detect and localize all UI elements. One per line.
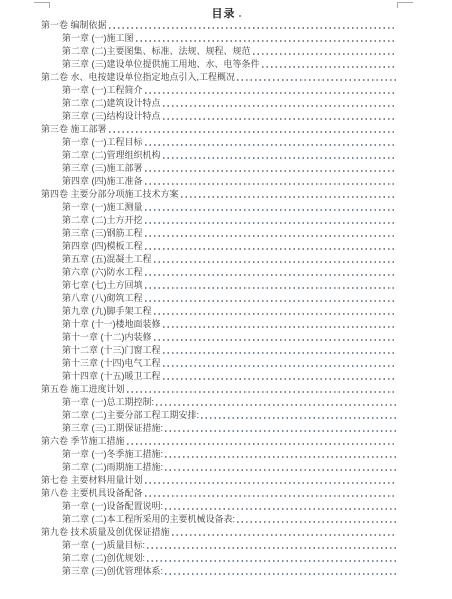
toc-entry-label: 第一章 (一)质量目标:: [62, 539, 145, 551]
toc-entry[interactable]: 第三章 (三)工期保证措施:: [41, 421, 397, 434]
toc-entry-label: 第二卷 水、电按建设单位指定地点引入,工程概况: [41, 71, 235, 83]
toc-entry[interactable]: 第十三章 (十四)电气工程: [41, 356, 397, 369]
toc-entry[interactable]: 第八卷 主要机具设备配备: [41, 486, 397, 499]
toc-entry-label: 第二章 (二)建筑设计特点: [62, 97, 161, 109]
dot-leader: [154, 261, 398, 263]
toc-entry[interactable]: 第一章 (一)冬季施工措施:: [41, 447, 397, 460]
dot-leader: [145, 274, 398, 276]
toc-entry-label: 第二章 (二)雨期施工措施:: [62, 461, 163, 473]
dot-leader: [145, 144, 398, 146]
toc-entry-label: 第一章 (一)设备配置说明:: [62, 500, 163, 512]
toc-entry-label: 第三章 (三)创优管理体系:: [62, 565, 163, 577]
toc-entry-label: 第二章 (二)创优规划:: [62, 552, 145, 564]
dot-leader: [237, 521, 397, 523]
dot-leader: [145, 248, 398, 250]
toc-entry-label: 第一卷 编制依据: [41, 19, 107, 31]
toc-entry-label: 第九章 (九)脚手架工程: [62, 305, 152, 317]
dot-leader: [109, 27, 397, 29]
dot-leader: [147, 547, 397, 549]
toc-entry[interactable]: 第三章 (三)施工部署: [41, 161, 397, 174]
dot-leader: [237, 79, 397, 81]
toc-entry[interactable]: 第十四章 (十五)暖卫工程: [41, 369, 397, 382]
toc-entry[interactable]: 第一章 (一)施工图: [41, 31, 397, 44]
toc-entry[interactable]: 第二章 (二)本工程所采用的主要机械设备表:: [41, 512, 397, 525]
toc-entry[interactable]: 第四卷 主要分部分项施工技术方案: [41, 187, 397, 200]
toc-entry-label: 第二章 (二)主要图集、标准、法规、规程、规范: [62, 45, 251, 57]
toc-entry-label: 第三卷 施工部署: [41, 123, 107, 135]
dot-leader: [127, 443, 397, 445]
toc-entry[interactable]: 第二章 (二)创优规划:: [41, 551, 397, 564]
toc-entry-label: 第五卷 施工进度计划: [41, 383, 125, 395]
toc-entry[interactable]: 第三章 (三)钢筋工程: [41, 226, 397, 239]
toc-entry-label: 第一章 (一)总工期控制:: [62, 396, 154, 408]
toc-entry[interactable]: 第一章 (一)质量目标:: [41, 538, 397, 551]
toc-entry[interactable]: 第九卷 技术质量及创优保证措施: [41, 525, 397, 538]
toc-entry-label: 第七卷 主要材料用量计划: [41, 474, 143, 486]
toc-entry[interactable]: 第一章 (一)工程简介: [41, 83, 397, 96]
dot-leader: [145, 287, 398, 289]
toc-entry-label: 第二章 (二)本工程所采用的主要机械设备表:: [62, 513, 235, 525]
toc-entry-label: 第四卷 主要分部分项施工技术方案: [41, 188, 179, 200]
toc-entry[interactable]: 第一章 (一)总工期控制:: [41, 395, 397, 408]
dot-leader: [163, 365, 398, 367]
dot-leader: [163, 326, 398, 328]
toc-entry[interactable]: 第八章 (八)砌筑工程: [41, 291, 397, 304]
toc-entry-label: 第一章 (一)工程目标: [62, 136, 143, 148]
document-page: 目录 第一卷 编制依据 第一章 (一)施工图 第二章 (二)主要图集、标准、法规…: [0, 0, 452, 599]
toc-entry[interactable]: 第十一章 (十二)内装修: [41, 330, 397, 343]
paragraph-mark-icon: [239, 15, 241, 17]
dot-leader: [163, 378, 398, 380]
toc-entry[interactable]: 第一章 (一)工程目标: [41, 135, 397, 148]
toc-entry-label: 第七章 (七)土方回填: [62, 279, 143, 291]
toc-entry-label: 第十四章 (十五)暖卫工程: [62, 370, 161, 382]
dot-leader: [145, 222, 398, 224]
dot-leader: [154, 313, 398, 315]
toc-entry-label: 第十三章 (十四)电气工程: [62, 357, 161, 369]
toc-entry[interactable]: 第二章 (二)建筑设计特点: [41, 96, 397, 109]
toc-entry[interactable]: 第六卷 季节施工措施: [41, 434, 397, 447]
dot-leader: [165, 430, 397, 432]
toc-entry-label: 第一章 (一)施工图: [62, 32, 134, 44]
toc-entry[interactable]: 第二章 (二)管理组织机构: [41, 148, 397, 161]
toc-entry[interactable]: 第十章 (十一)楼地面装修: [41, 317, 397, 330]
toc-entry[interactable]: 第一卷 编制依据: [41, 18, 397, 31]
dot-leader: [145, 495, 397, 497]
dot-leader: [154, 339, 398, 341]
dot-leader: [163, 118, 398, 120]
toc-entry-label: 第二章 (二)土方开挖: [62, 214, 143, 226]
dot-leader: [145, 92, 398, 94]
dot-leader: [172, 534, 397, 536]
dot-leader: [262, 66, 398, 68]
toc-entry-label: 第九卷 技术质量及创优保证措施: [41, 526, 170, 538]
toc-entry[interactable]: 第三卷 施工部署: [41, 122, 397, 135]
toc-entry-label: 第四章 (四)施工准备: [62, 175, 143, 187]
toc-entry-label: 第一章 (一)施工测量: [62, 201, 143, 213]
toc-entry[interactable]: 第五卷 施工进度计划: [41, 382, 397, 395]
dot-leader: [163, 105, 398, 107]
dot-leader: [165, 573, 397, 575]
toc-entry[interactable]: 第二章 (二)主要图集、标准、法规、规程、规范: [41, 44, 397, 57]
dot-leader: [145, 235, 398, 237]
toc-entry-label: 第八卷 主要机具设备配备: [41, 487, 143, 499]
dot-leader: [163, 352, 398, 354]
toc-entry[interactable]: 第二卷 水、电按建设单位指定地点引入,工程概况: [41, 70, 397, 83]
dot-leader: [253, 53, 398, 55]
dot-leader: [145, 209, 398, 211]
dot-leader: [165, 469, 397, 471]
toc-entry[interactable]: 第一章 (一)施工测量: [41, 200, 397, 213]
dot-leader: [109, 131, 397, 133]
dot-leader: [145, 183, 398, 185]
toc-entry[interactable]: 第十二章 (十三)门窗工程: [41, 343, 397, 356]
toc-entry-label: 第五章 (五)混凝土工程: [62, 253, 152, 265]
toc-entry-label: 第八章 (八)砌筑工程: [62, 292, 143, 304]
toc-entry-label: 第十一章 (十二)内装修: [62, 331, 152, 343]
toc-entry[interactable]: 第七卷 主要材料用量计划: [41, 473, 397, 486]
toc-entry-label: 第六章 (六)防水工程: [62, 266, 143, 278]
toc-entry[interactable]: 第三章 (三)建设单位提供施工用地、水、电等条件: [41, 57, 397, 70]
dot-leader: [165, 456, 397, 458]
toc-entry-label: 第一章 (一)工程简介: [62, 84, 143, 96]
toc-entry-label: 第六卷 季节施工措施: [41, 435, 125, 447]
dot-leader: [165, 508, 397, 510]
toc-entry-label: 第三章 (三)工期保证措施:: [62, 422, 163, 434]
dot-leader: [201, 417, 397, 419]
toc-entry[interactable]: 第二章 (二)雨期施工措施:: [41, 460, 397, 473]
toc-entry[interactable]: 第三章 (三)结构设计特点: [41, 109, 397, 122]
toc-entry[interactable]: 第四章 (四)施工准备: [41, 174, 397, 187]
dot-leader: [145, 300, 398, 302]
toc-entry-label: 第三章 (三)结构设计特点: [62, 110, 161, 122]
dot-leader: [181, 196, 397, 198]
toc-entry-label: 第三章 (三)建设单位提供施工用地、水、电等条件: [62, 58, 260, 70]
toc-entry[interactable]: 第六章 (六)防水工程: [41, 265, 397, 278]
dot-leader: [147, 560, 397, 562]
dot-leader: [145, 170, 398, 172]
toc-entry-label: 第三章 (三)钢筋工程: [62, 227, 143, 239]
toc-list: 第一卷 编制依据 第一章 (一)施工图 第二章 (二)主要图集、标准、法规、规程…: [41, 18, 397, 577]
toc-entry[interactable]: 第九章 (九)脚手架工程: [41, 304, 397, 317]
toc-entry[interactable]: 第二章 (二)主要分部工程工期安排:: [41, 408, 397, 421]
toc-entry[interactable]: 第二章 (二)土方开挖: [41, 213, 397, 226]
toc-entry-label: 第二章 (二)管理组织机构: [62, 149, 161, 161]
dot-leader: [136, 40, 398, 42]
toc-entry[interactable]: 第七章 (七)土方回填: [41, 278, 397, 291]
toc-entry-label: 第三章 (三)施工部署: [62, 162, 143, 174]
toc-entry[interactable]: 第三章 (三)创优管理体系:: [41, 564, 397, 577]
toc-entry-label: 第四章 (四)模板工程: [62, 240, 143, 252]
toc-entry[interactable]: 第一章 (一)设备配置说明:: [41, 499, 397, 512]
dot-leader: [127, 391, 397, 393]
dot-leader: [156, 404, 397, 406]
toc-entry[interactable]: 第四章 (四)模板工程: [41, 239, 397, 252]
toc-entry-label: 第十章 (十一)楼地面装修: [62, 318, 161, 330]
toc-entry-label: 第二章 (二)主要分部工程工期安排:: [62, 409, 199, 421]
dot-leader: [145, 482, 397, 484]
toc-entry[interactable]: 第五章 (五)混凝土工程: [41, 252, 397, 265]
dot-leader: [163, 157, 398, 159]
toc-entry-label: 第十二章 (十三)门窗工程: [62, 344, 161, 356]
toc-entry-label: 第一章 (一)冬季施工措施:: [62, 448, 163, 460]
